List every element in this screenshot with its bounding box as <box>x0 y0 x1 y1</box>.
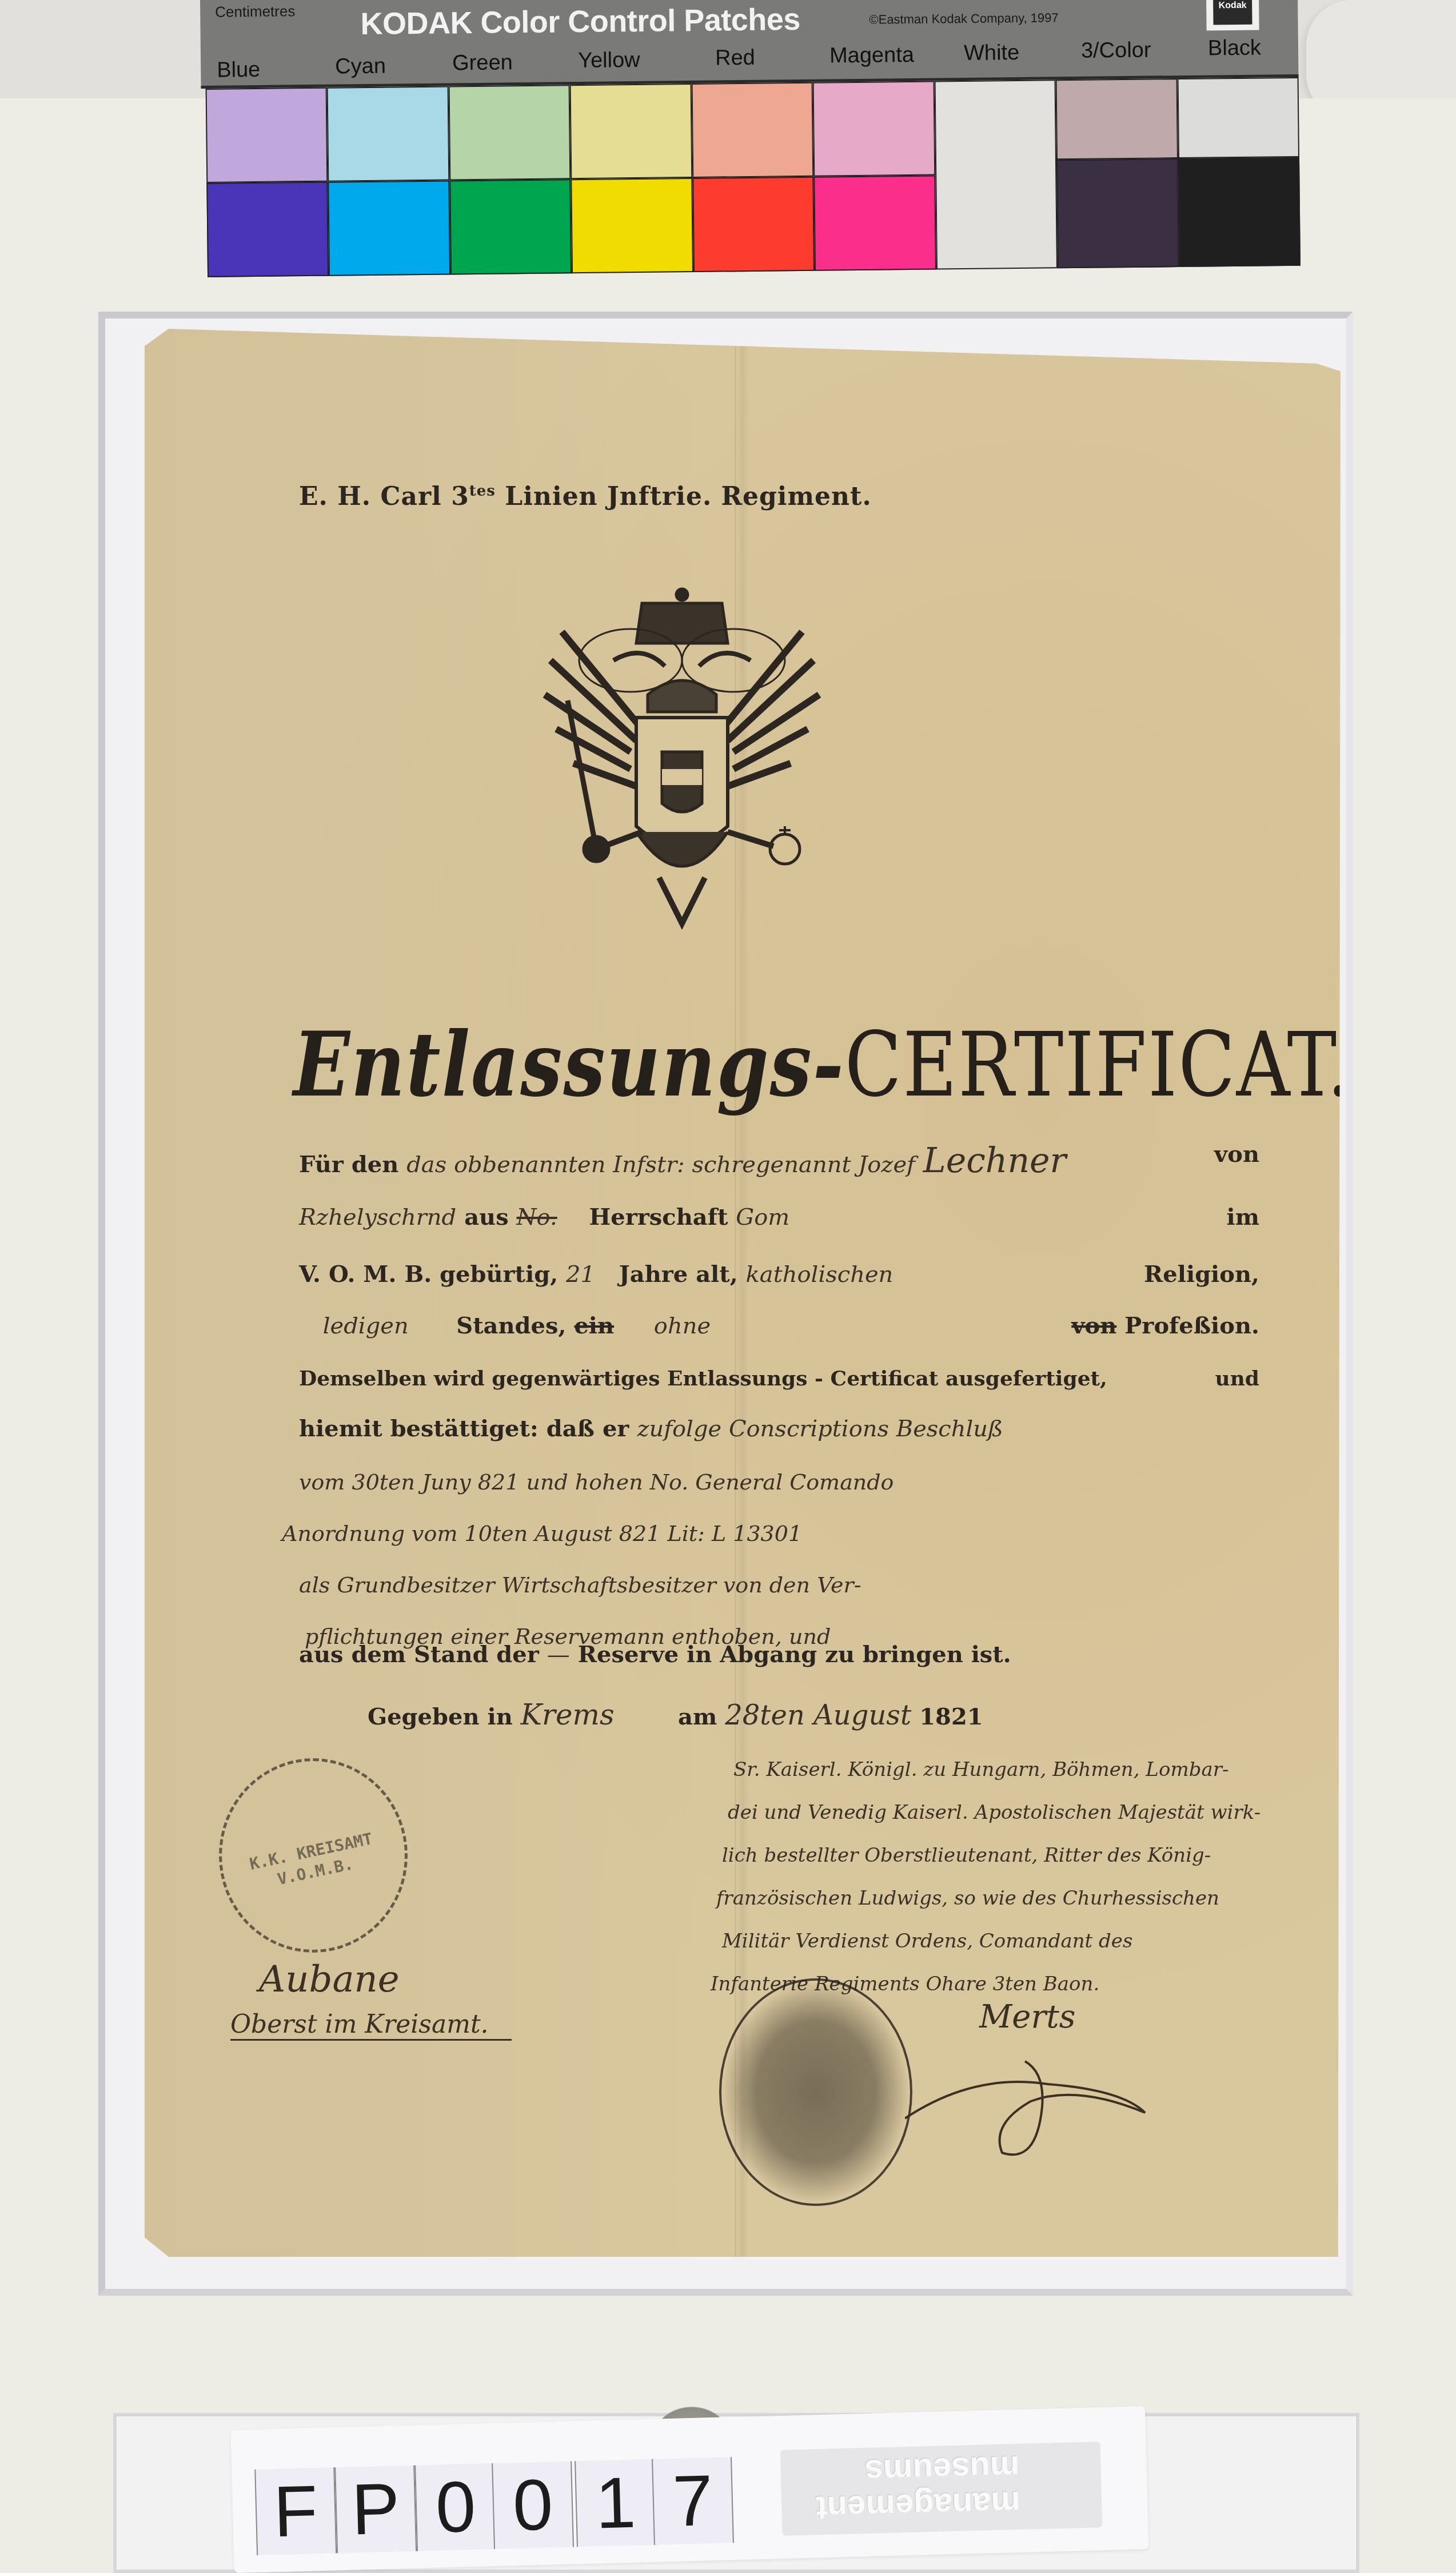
certificate-title: Entlassungs-CERTIFICAT. <box>293 1012 1351 1117</box>
color-patches <box>206 77 1301 277</box>
color-chart-title: KODAK Color Control Patches <box>360 2 800 42</box>
color-patch-saturated <box>1056 158 1179 268</box>
patch-label: Cyan <box>335 54 386 79</box>
handwritten-entry: Rzhelyschrnd <box>299 1204 456 1230</box>
commander-line: Sr. Kaiserl. Königl. zu Hungarn, Böhmen,… <box>733 1758 1228 1781</box>
struck-entry: No. <box>517 1204 557 1230</box>
signature-left-title: Oberst im Kreisamt. <box>230 2010 512 2041</box>
color-patch-light <box>1056 78 1178 160</box>
handwritten-line-9: als Grundbesitzer Wirtschaftsbesitzer vo… <box>299 1572 861 1598</box>
handwritten-entry: das obbenannten Infstr: schregenannt Joz… <box>406 1152 915 1178</box>
label-char-card: 7 <box>652 2457 734 2545</box>
given-line: Gegeben in Krems am 28ten August 1821 <box>368 1698 983 1731</box>
label-char-card: F <box>254 2467 337 2555</box>
body-line-6: hiemit bestättiget: daß er zufolge Consc… <box>299 1415 1259 1442</box>
handwritten-place: Krems <box>521 1698 615 1731</box>
color-patch-saturated <box>206 182 329 277</box>
color-patch-light <box>691 82 813 178</box>
label-char-card: P <box>334 2466 417 2554</box>
color-patch-saturated <box>449 179 572 274</box>
body-line-5: Demselben wird gegenwärtiges Entlassungs… <box>299 1367 1259 1391</box>
kodak-color-chart: Centimetres KODAK Color Control Patches … <box>200 0 1301 280</box>
patch-labels: Blue Cyan Green Yellow Red Magenta White… <box>201 39 1298 79</box>
color-patch-saturated <box>1178 157 1301 267</box>
kodak-logo-icon: Kodak <box>1206 0 1259 31</box>
commander-line: lich bestellter Oberstlieutenant, Ritter… <box>722 1844 1211 1867</box>
handwritten-entry: Gom <box>736 1204 789 1230</box>
handwritten-entry: zufolge Conscriptions Beschluß <box>637 1416 1003 1442</box>
color-chart-header: Centimetres KODAK Color Control Patches … <box>200 0 1299 89</box>
embossed-logo-text: management museums <box>815 2449 1021 2526</box>
imperial-eagle-seal-icon <box>719 1978 912 2206</box>
body-line-4: ledigen Standes, ein ohne von Profeßion. <box>299 1312 1259 1339</box>
patch-label: 3/Color <box>1081 38 1151 63</box>
embossed-logo-panel: management museums <box>780 2441 1103 2536</box>
signature-flourish-icon <box>905 2050 1151 2164</box>
handwritten-entry: ohne <box>654 1313 711 1339</box>
label-char-card: 0 <box>492 2461 574 2549</box>
centimetres-label: Centimetres <box>215 2 295 21</box>
color-patch-light <box>1177 77 1299 158</box>
label-char-card: 0 <box>414 2463 497 2551</box>
handwritten-entry: ledigen <box>323 1313 409 1339</box>
patch-label: White <box>964 41 1020 66</box>
handwritten-age: 21 <box>566 1261 595 1288</box>
handwritten-line-8: Anordnung vom 10ten August 821 Lit: L 13… <box>282 1521 802 1546</box>
patch-label: Black <box>1208 36 1261 61</box>
handwritten-date: 28ten August <box>725 1699 911 1731</box>
color-patch-light <box>206 87 328 183</box>
handwritten-entry: katholischen <box>746 1261 893 1288</box>
handwritten-surname: Lechner <box>923 1141 1066 1181</box>
certificate-paper: E. H. Carl 3tes Linien Jnftrie. Regiment… <box>145 329 1341 2257</box>
round-office-stamp: K.K. KREISAMT V.O.M.B. <box>219 1758 408 1953</box>
signature-right: Merts <box>979 1998 1076 2036</box>
patch-label: Green <box>452 50 513 75</box>
color-patch-light <box>934 79 1058 269</box>
commander-line: Militär Verdienst Ordens, Comandant des <box>722 1930 1132 1953</box>
commander-line: dei und Venedig Kaiserl. Apostolischen M… <box>728 1801 1260 1824</box>
kodak-logo-text: Kodak <box>1213 0 1252 25</box>
color-patch-light <box>448 85 571 180</box>
signature-left-name: Aubane <box>259 1958 400 2001</box>
color-patch-saturated <box>692 177 815 272</box>
color-chart-copyright: ©Eastman Kodak Company, 1997 <box>869 10 1059 27</box>
color-patch-saturated <box>814 176 936 271</box>
double-headed-eagle-crest-icon <box>528 580 836 935</box>
color-patch-saturated <box>571 178 693 273</box>
commander-line: französischen Ludwigs, so wie des Churhe… <box>716 1887 1219 1910</box>
body-line-1: Für den das obbenannten Infstr: schregen… <box>299 1141 1259 1181</box>
patch-label: Yellow <box>578 48 640 73</box>
abgang-line: aus dem Stand der — Reserve in Abgang zu… <box>299 1641 1011 1668</box>
patch-label: Magenta <box>829 43 914 69</box>
body-line-2: Rzhelyschrnd aus No. Herrschaft Gom im <box>299 1204 1259 1230</box>
patch-label: Blue <box>217 58 261 83</box>
catalog-label-holder: F P 0 0 1 7 management museums <box>230 2406 1148 2573</box>
body-line-3: V. O. M. B. gebürtig, 21 Jahre alt, kath… <box>299 1261 1259 1288</box>
patch-label: Red <box>715 46 755 71</box>
color-patch-saturated <box>328 180 450 276</box>
label-char-card: 1 <box>575 2459 657 2547</box>
handwritten-line-7: vom 30ten Juny 821 und hohen No. General… <box>299 1469 893 1495</box>
color-patch-light <box>813 81 935 177</box>
regiment-header: E. H. Carl 3tes Linien Jnftrie. Regiment… <box>299 482 872 511</box>
color-patch-light <box>570 83 692 179</box>
color-patch-light <box>327 86 449 181</box>
